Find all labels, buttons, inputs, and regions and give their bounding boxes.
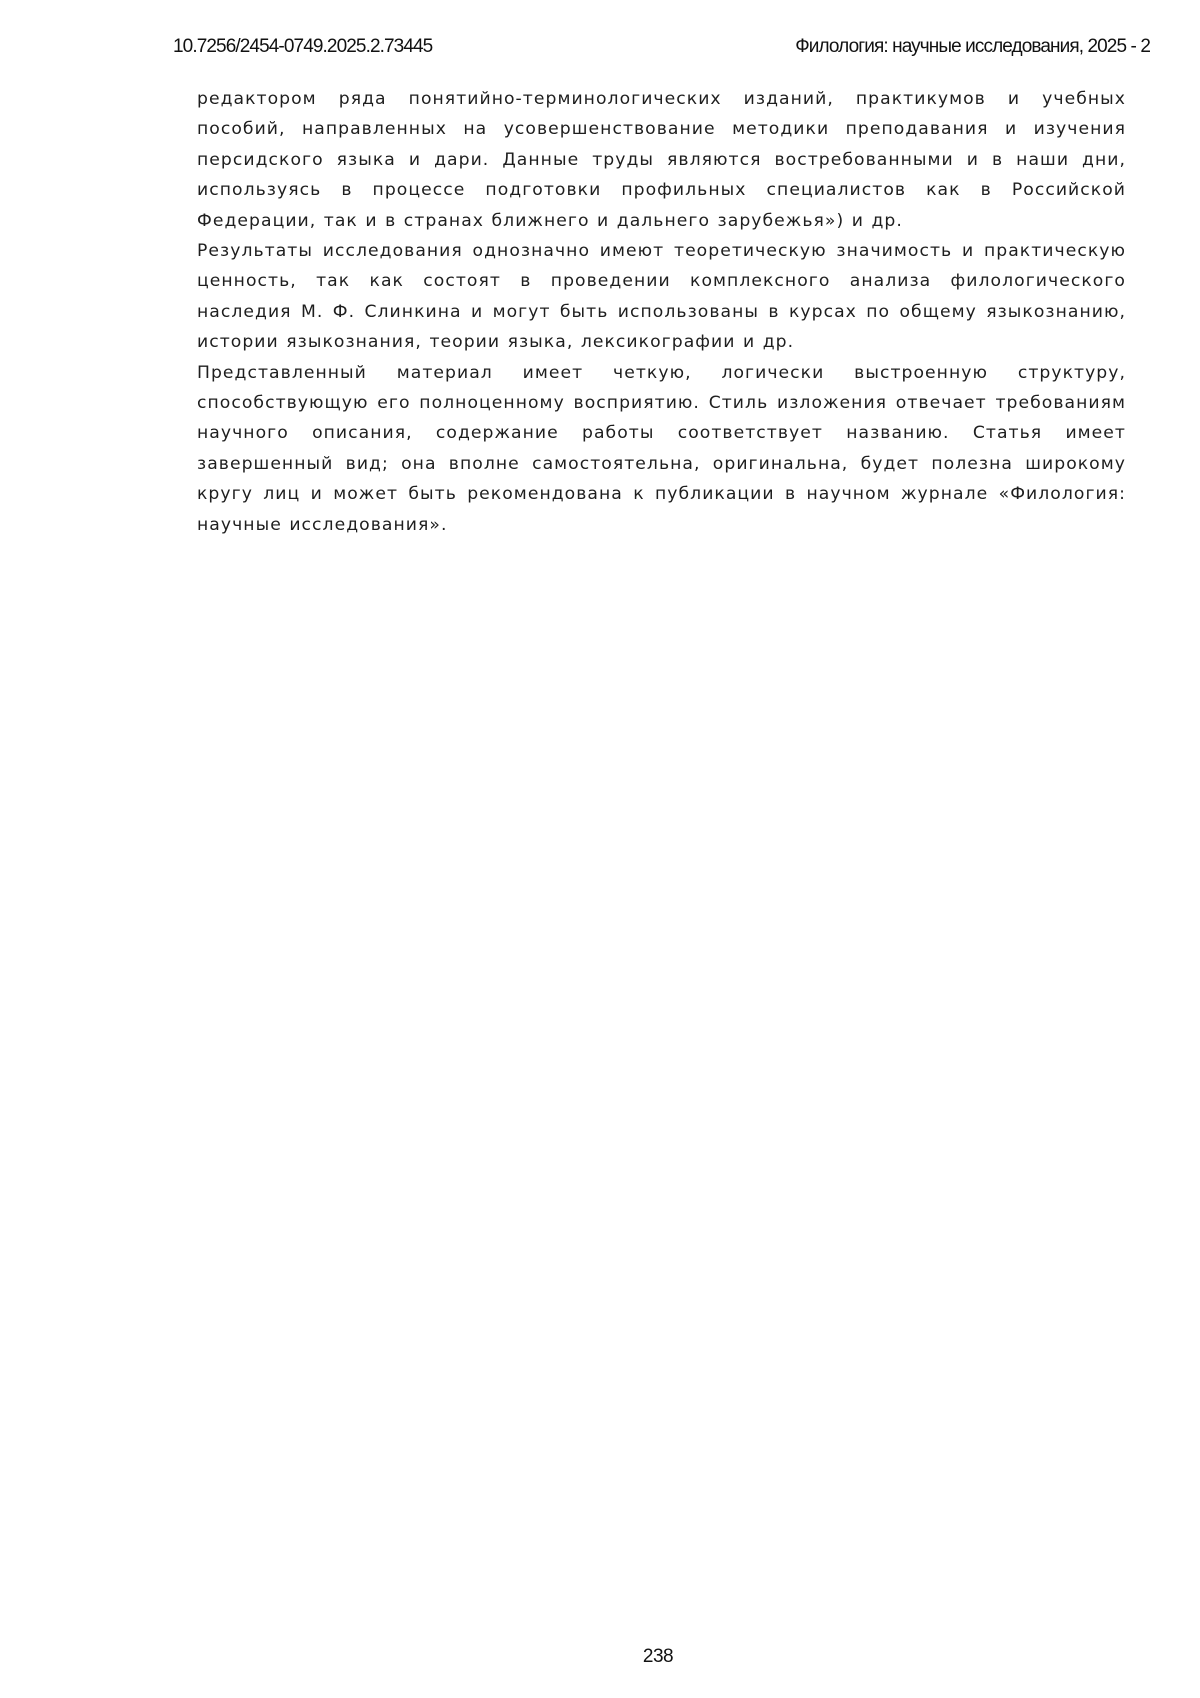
paragraph-review-conclusion: Представленный материал имеет четкую, ло… <box>197 358 1126 540</box>
paragraph-results-significance: Результаты исследования однозначно имеют… <box>197 236 1126 358</box>
paragraph-continuation: редактором ряда понятийно-терминологичес… <box>197 84 1126 236</box>
article-body: редактором ряда понятийно-терминологичес… <box>197 84 1126 540</box>
page-number: 238 <box>0 1646 1200 1668</box>
doi-label: 10.7256/2454-0749.2025.2.73445 <box>173 36 432 58</box>
page-header: 10.7256/2454-0749.2025.2.73445 Филология… <box>173 36 1150 62</box>
journal-issue-label: Филология: научные исследования, 2025 - … <box>795 36 1150 58</box>
